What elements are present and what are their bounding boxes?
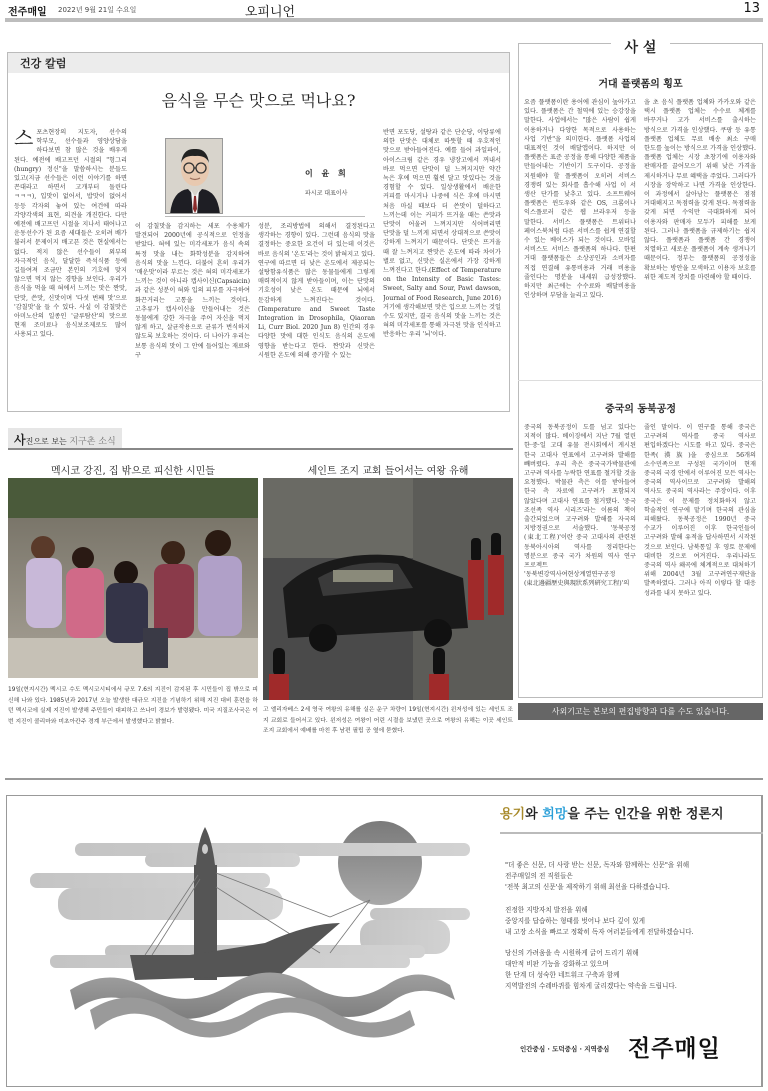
dropcap: 스 bbox=[14, 129, 33, 147]
ad-paragraph-3: 당신의 가려움을 속 시원하게 긁어 드리기 위해 대안적 비판 기능을 강화하… bbox=[505, 948, 755, 992]
photo-queen-hearse[interactable] bbox=[263, 478, 513, 700]
editorial-divider bbox=[518, 380, 763, 381]
ad-headline: 용기와 희망을 주는 인간을 위한 정론지 bbox=[500, 803, 724, 822]
ad-headline-rule bbox=[500, 832, 763, 834]
editorial-label: 사 설 bbox=[518, 37, 763, 57]
photo-caption-2: 고 엘리자베스 2세 영국 여왕의 유해를 실은 운구 차량이 19일(현지시간… bbox=[263, 705, 513, 775]
header-rule bbox=[5, 18, 763, 22]
sailboat-pen-icon bbox=[30, 805, 470, 1075]
ad-logo: 전주매일 bbox=[628, 1030, 721, 1063]
health-column-text-3: 성분, 조리방법에 의해서 결정된다고 생각하는 경향이 있다. 그런데 음식의… bbox=[258, 222, 375, 403]
ad-paragraph-2: 진정한 지방자치 발전을 위해 중앙지를 답습하는 형태를 벗어나 보다 깊이 … bbox=[505, 905, 755, 938]
photo-news-title-2[interactable]: 세인트 조지 교회 들어서는 여왕 유해 bbox=[263, 462, 513, 477]
author-name: 이 윤 희 bbox=[305, 168, 349, 179]
ad-illustration bbox=[30, 805, 470, 1075]
health-column-text-1: 스포츠현장의 지도자, 선수의 학부모, 선수들과 영양상담을 하다보면 참 많… bbox=[14, 128, 127, 403]
health-column-text-4: 반면 포도당, 설탕과 같은 단순당, 이당류에 의한 단맛은 대체로 따뜻할 … bbox=[383, 128, 501, 403]
editorial-title-2[interactable]: 중국의 동북공정 bbox=[518, 400, 763, 415]
health-column-text-2: 이 감칠맛을 감지하는 세포 수용체가 발견되어 2000년에 공식적으로 인정… bbox=[135, 222, 250, 403]
photo-news-title-1[interactable]: 멕시코 강진, 집 밖으로 피신한 시민들 bbox=[8, 462, 258, 477]
photo-news-label: 사진으로 보는 지구촌 소식 bbox=[8, 428, 122, 448]
hearse-photo-icon bbox=[263, 478, 513, 700]
page-number: 13 bbox=[743, 1, 760, 16]
editorial-disclaimer: 사외기고는 본보의 편집방향과 다를 수도 있습니다. bbox=[518, 703, 763, 720]
editorial-1-text-2: 을 초 음식 플랫폼 업체와 카카오와 같은 택시 플랫폼 업체는 수수료 체계… bbox=[644, 98, 756, 373]
author-portrait-icon bbox=[166, 139, 223, 214]
health-column-label: 건강 칼럼 bbox=[20, 55, 66, 71]
photo-mexico-earthquake[interactable] bbox=[8, 478, 258, 678]
editorial-2-text-2: 줄인 말이다. 이 연구를 통해 중국은 고구려의 역사를 중국 역사로 편입하… bbox=[644, 423, 756, 693]
section-rule bbox=[5, 778, 763, 780]
editorial-1-text-1: 요즘 플랫폼이란 용어에 관심이 높아가고 있다. 플랫폼은 간 철역에 있는 … bbox=[524, 98, 636, 373]
health-column-label-bar bbox=[8, 53, 509, 73]
ad-paragraph-1: "더 좋은 신문, 더 사랑 받는 신문, 독자와 함께하는 신문"을 위해 전… bbox=[505, 860, 755, 893]
ad-slogan: 인간중심 · 도덕중심 · 지역중심 bbox=[520, 1044, 609, 1053]
crowd-photo-icon bbox=[8, 478, 258, 678]
author-photo bbox=[165, 138, 223, 214]
health-column-title[interactable]: 음식을 무슨 맛으로 먹나요? bbox=[8, 88, 509, 111]
editorial-title-1[interactable]: 거대 플랫폼의 횡포 bbox=[518, 75, 763, 90]
byline-rule bbox=[165, 216, 365, 217]
editorial-2-text-1: 중국의 동북공정이 도를 넘고 있다는 지적이 많다. 베이징에서 지난 7월 … bbox=[524, 423, 636, 693]
photo-caption-1: 19일(현지시간) 멕시코 수도 멕시코시티에서 규모 7.6의 지진이 감지된… bbox=[8, 685, 258, 775]
author-role: 파시코 대표이사 bbox=[305, 188, 347, 197]
